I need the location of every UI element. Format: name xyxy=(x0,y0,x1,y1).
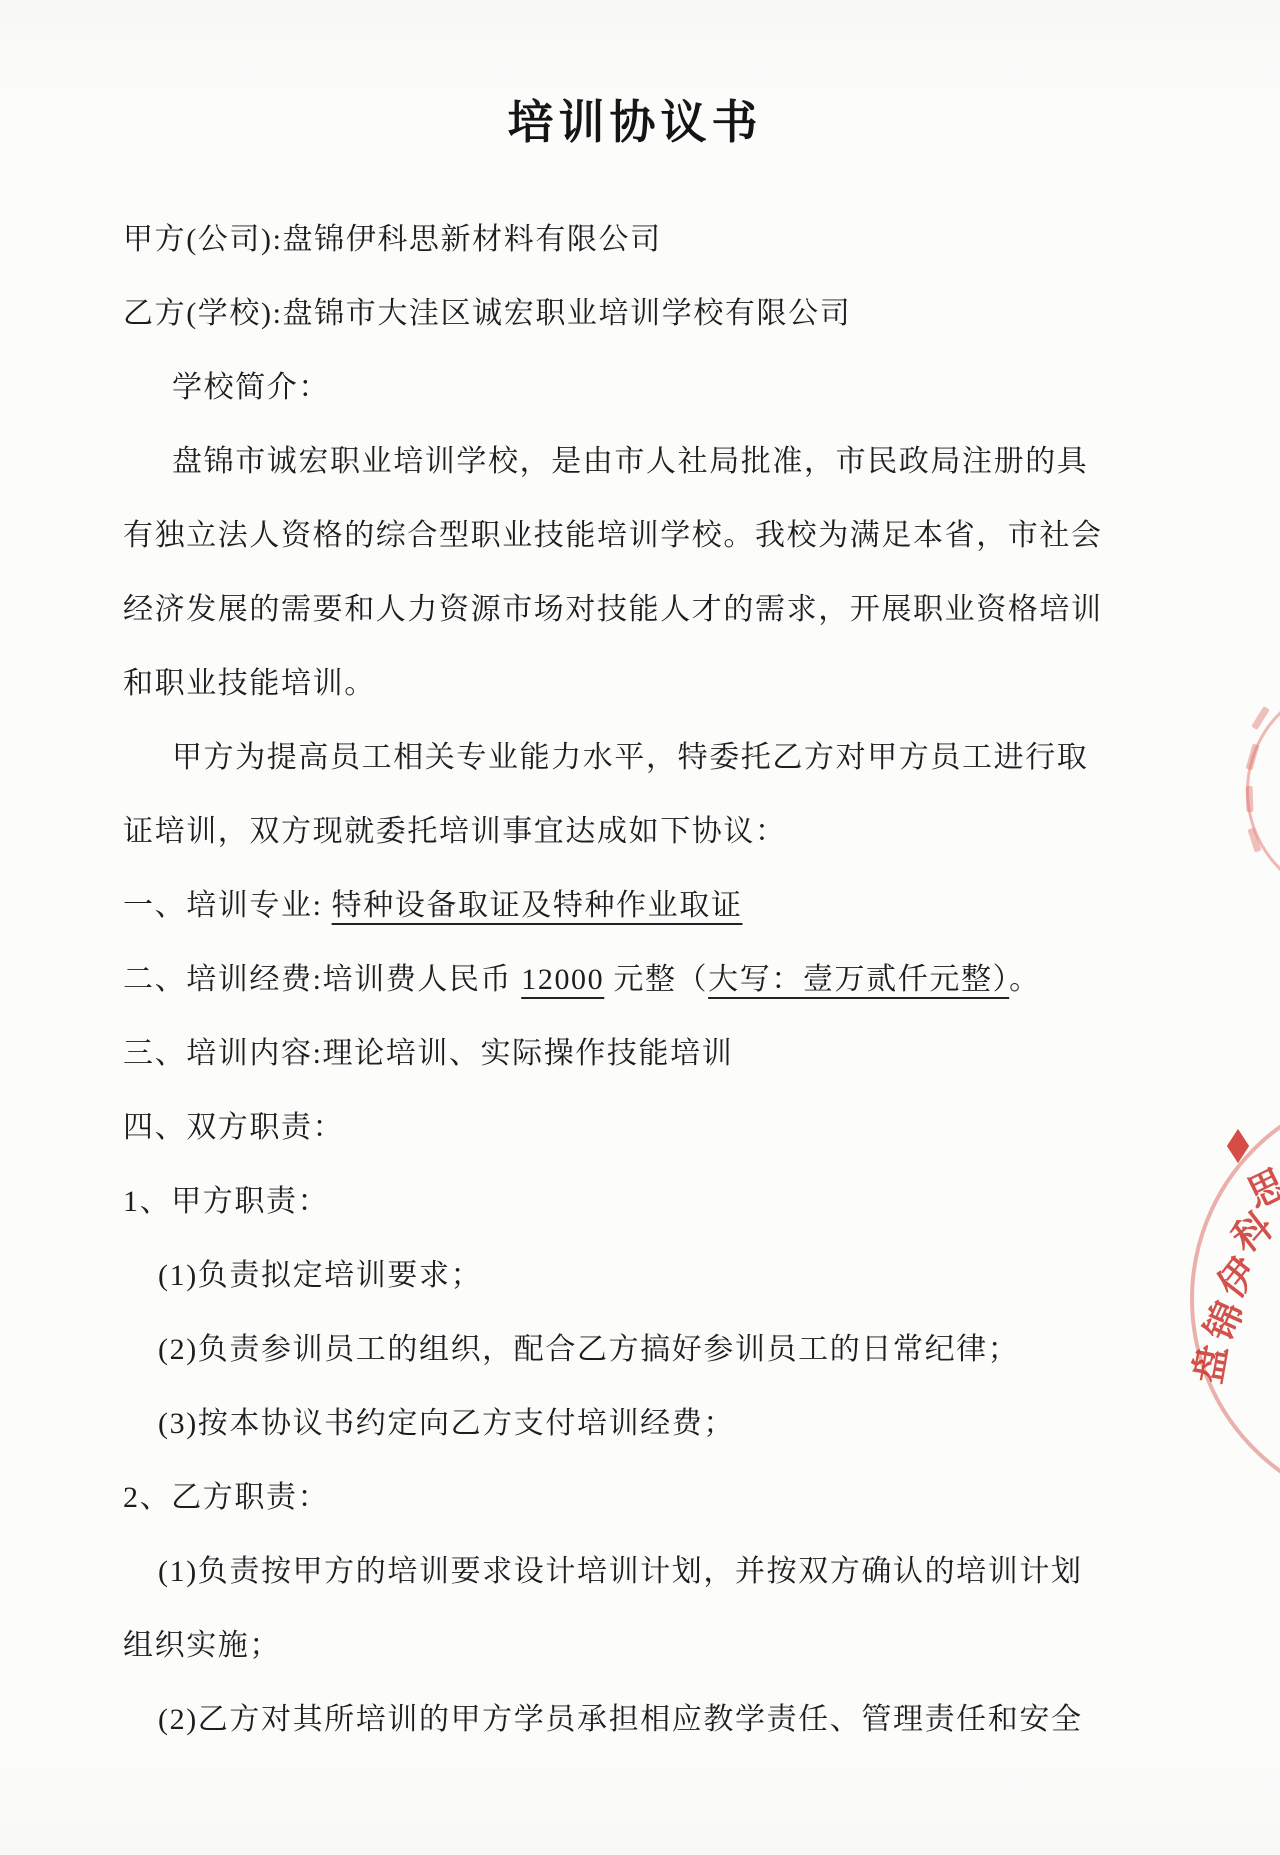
text-segment: 一、培训专业: xyxy=(123,889,332,922)
document-line: 和职业技能培训。 xyxy=(123,647,1133,721)
text-segment: 1、甲方职责： xyxy=(123,1185,329,1218)
text-segment: 。 xyxy=(1009,963,1041,996)
document-line: (1)负责按甲方的培训要求设计培训计划，并按双方确认的培训计划 xyxy=(123,1535,1133,1609)
document-line: (1)负责拟定培训要求； xyxy=(123,1239,1133,1313)
document-line: 有独立法人资格的综合型职业技能培训学校。我校为满足本省，市社会 xyxy=(123,499,1133,573)
document-line: (2)负责参训员工的组织，配合乙方搞好参训员工的日常纪律； xyxy=(123,1313,1133,1387)
scanned-document-page: 培训协议书 甲方(公司):盘锦伊科思新材料有限公司乙方(学校):盘锦市大洼区诚宏… xyxy=(0,0,1280,1855)
document-line: (3)按本协议书约定向乙方支付培训经费； xyxy=(123,1387,1133,1461)
document-line: 盘锦市诚宏职业培训学校，是由市人社局批准，市民政局注册的具 xyxy=(123,425,1133,499)
text-segment: (1)负责拟定培训要求； xyxy=(158,1259,482,1292)
document-line: 甲方为提高员工相关专业能力水平，特委托乙方对甲方员工进行取 xyxy=(123,721,1133,795)
text-segment: 证培训，双方现就委托培训事宜达成如下协议： xyxy=(123,815,787,848)
document-line: 组织实施； xyxy=(123,1609,1133,1683)
text-segment: 二、培训经费:培训费人民币 xyxy=(123,963,521,996)
document-line: 经济发展的需要和人力资源市场对技能人才的需求，开展职业资格培训 xyxy=(123,573,1133,647)
document-line: 三、培训内容:理论培训、实际操作技能培训 xyxy=(123,1017,1133,1091)
document-line: 一、培训专业: 特种设备取证及特种作业取证 xyxy=(123,869,1133,943)
text-segment: 三、培训内容:理论培训、实际操作技能培训 xyxy=(123,1037,733,1070)
text-segment: 四、双方职责： xyxy=(123,1111,344,1144)
text-segment: 元整（ xyxy=(604,963,708,996)
text-segment: 盘锦市诚宏职业培训学校，是由市人社局批准，市民政局注册的具 xyxy=(172,445,1088,478)
text-segment: 乙方(学校):盘锦市大洼区诚宏职业培训学校有限公司 xyxy=(123,297,851,330)
underlined-text: 特种设备取证及特种作业取证 xyxy=(332,889,743,922)
text-segment: 有独立法人资格的综合型职业技能培训学校。我校为满足本省，市社会 xyxy=(123,519,1103,552)
text-segment: 和职业技能培训。 xyxy=(123,667,376,700)
document-line: 2、乙方职责： xyxy=(123,1461,1133,1535)
text-segment: (2)乙方对其所培训的甲方学员承担相应教学责任、管理责任和安全 xyxy=(158,1703,1083,1736)
document-line: 二、培训经费:培训费人民币 12000 元整（大写：壹万贰仟元整）。 xyxy=(123,943,1133,1017)
text-segment: 甲方(公司):盘锦伊科思新材料有限公司 xyxy=(123,223,662,256)
text-segment: 组织实施； xyxy=(123,1629,281,1662)
text-segment: (2)负责参训员工的组织，配合乙方搞好参训员工的日常纪律； xyxy=(158,1333,1019,1366)
document-line: (2)乙方对其所培训的甲方学员承担相应教学责任、管理责任和安全 xyxy=(123,1683,1133,1757)
document-line: 学校简介： xyxy=(123,351,1133,425)
document-line: 证培训，双方现就委托培训事宜达成如下协议： xyxy=(123,795,1133,869)
document-body: 甲方(公司):盘锦伊科思新材料有限公司乙方(学校):盘锦市大洼区诚宏职业培训学校… xyxy=(123,203,1133,1757)
seal-character: 盘 xyxy=(1177,1340,1238,1387)
text-segment: 经济发展的需要和人力资源市场对技能人才的需求，开展职业资格培训 xyxy=(123,593,1103,626)
underlined-text: 12000 xyxy=(521,963,604,996)
text-segment: (1)负责按甲方的培训要求设计培训计划，并按双方确认的培训计划 xyxy=(158,1555,1083,1588)
text-segment: 2、乙方职责： xyxy=(123,1481,329,1514)
document-title: 培训协议书 xyxy=(0,86,1270,152)
document-line: 乙方(学校):盘锦市大洼区诚宏职业培训学校有限公司 xyxy=(123,277,1133,351)
text-segment: 学校简介： xyxy=(172,371,330,404)
document-line: 1、甲方职责： xyxy=(123,1165,1133,1239)
seal-mark-icon xyxy=(1246,786,1254,812)
text-segment: (3)按本协议书约定向乙方支付培训经费； xyxy=(158,1407,735,1440)
document-line: 四、双方职责： xyxy=(123,1091,1133,1165)
document-line: 甲方(公司):盘锦伊科思新材料有限公司 xyxy=(123,203,1133,277)
text-segment: 甲方为提高员工相关专业能力水平，特委托乙方对甲方员工进行取 xyxy=(172,741,1088,774)
underlined-text: 大写：壹万贰仟元整） xyxy=(708,963,1009,996)
